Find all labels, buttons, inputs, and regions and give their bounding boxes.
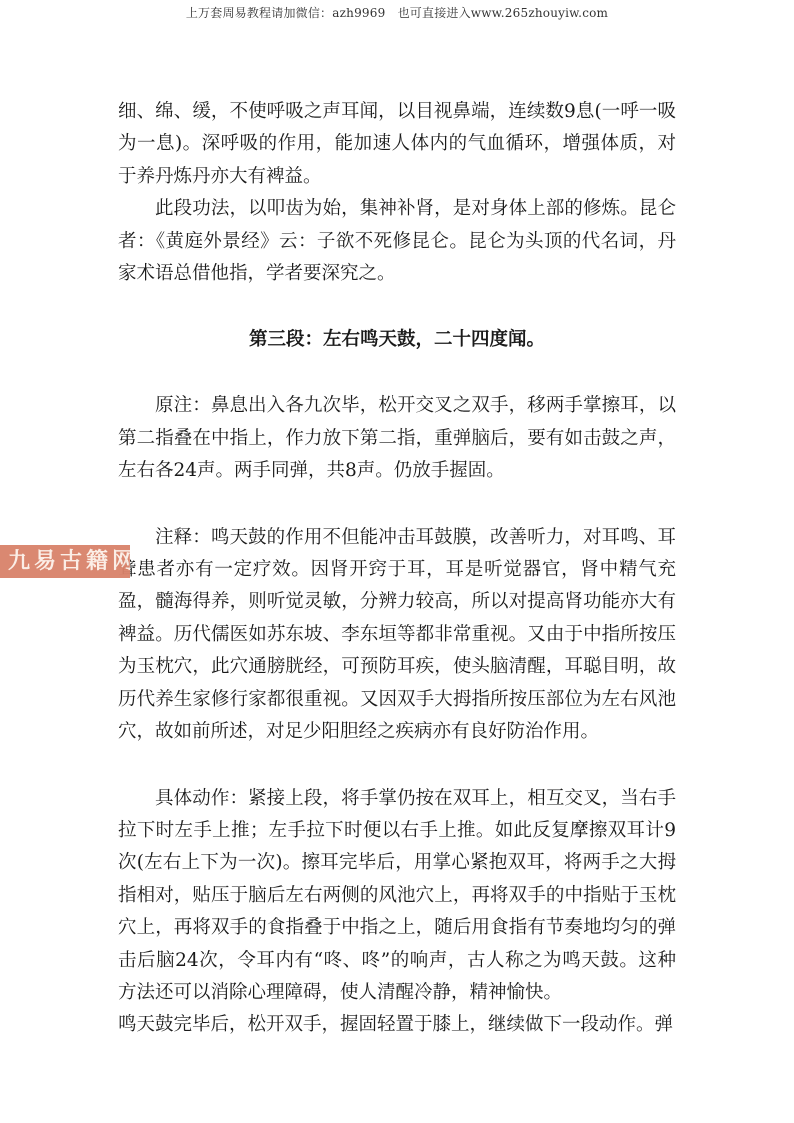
document-body: 细、绵、缓，不使呼吸之声耳闻，以目视鼻端，连续数9息(一呼一吸为一息)。深呼吸的…	[118, 96, 676, 1042]
paragraph-breathing: 细、绵、缓，不使呼吸之声耳闻，以目视鼻端，连续数9息(一呼一吸为一息)。深呼吸的…	[118, 96, 676, 193]
spacer	[118, 356, 676, 390]
paragraph-continuation: 鸣天鼓完毕后，松开双手，握固轻置于膝上，继续做下一段动作。弹	[118, 1009, 676, 1041]
paragraph-kunlun: 此段功法，以叩齿为始，集神补肾，是对身体上部的修炼。昆仑者：《黄庭外景经》云：子…	[118, 193, 676, 290]
section-heading: 第三段：左右鸣天鼓，二十四度闻。	[118, 324, 676, 356]
watermark-badge: 九易古籍网	[0, 545, 130, 578]
spacer	[118, 488, 676, 522]
spacer	[118, 749, 676, 783]
paragraph-specific-actions: 具体动作：紧接上段，将手掌仍按在双耳上，相互交叉，当右手拉下时左手上推；左手拉下…	[118, 783, 676, 1010]
paragraph-original-note: 原注：鼻息出入各九次毕，松开交叉之双手，移两手掌擦耳，以第二指叠在中指上，作力放…	[118, 390, 676, 487]
paragraph-annotation: 注释：鸣天鼓的作用不但能冲击耳鼓膜，改善听力，对耳鸣、耳聋患者亦有一定疗效。因肾…	[118, 522, 676, 749]
page-header-ad: 上万套周易教程请加微信：azh9969 也可直接进入www.265zhouyiw…	[0, 4, 794, 21]
spacer	[118, 290, 676, 324]
